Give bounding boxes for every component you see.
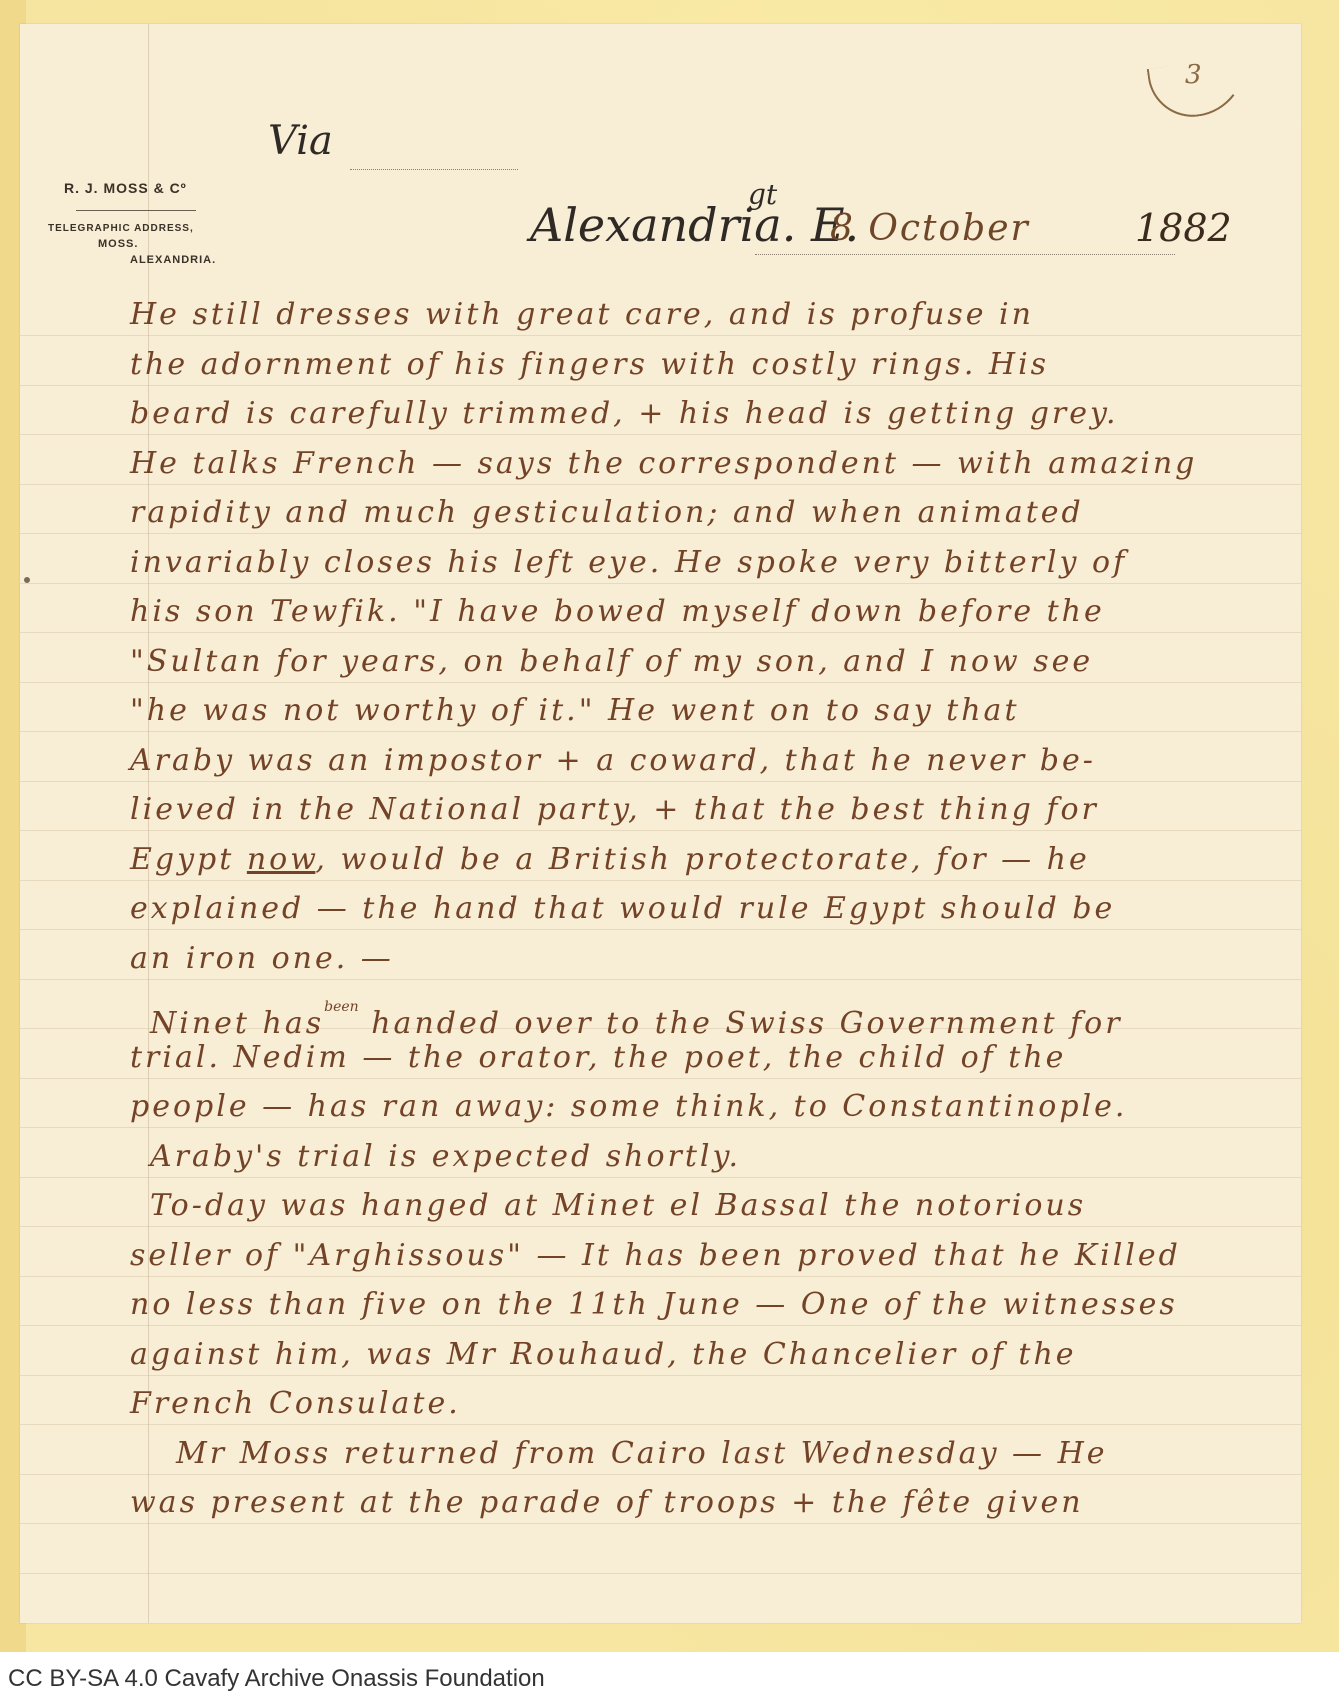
body-line: lieved in the National party, + that the…	[130, 785, 1270, 835]
body-line: French Consulate.	[130, 1379, 1270, 1429]
body-line: invariably closes his left eye. He spoke…	[130, 538, 1270, 588]
letterhead-company: R. J. MOSS & Cº	[64, 180, 278, 196]
body-line: Araby was an impostor + a coward, that h…	[130, 736, 1270, 786]
body-line: people — has ran away: some think, to Co…	[130, 1082, 1270, 1132]
body-line: beard is carefully trimmed, + his head i…	[130, 389, 1270, 439]
ink-spot	[24, 577, 30, 583]
page-number-value: 3	[1185, 60, 1202, 90]
body-line: "Sultan for years, on behalf of my son, …	[130, 637, 1270, 687]
ruled-line	[20, 1573, 1301, 1574]
letterhead-telegraphic-name: MOSS.	[98, 238, 278, 250]
letterhead-telegraphic-label: TELEGRAPHIC ADDRESS,	[48, 223, 278, 234]
body-line: his son Tewfik. "I have bowed myself dow…	[130, 587, 1270, 637]
via-dotted-line	[350, 169, 518, 170]
letterhead: R. J. MOSS & Cº TELEGRAPHIC ADDRESS, MOS…	[48, 180, 278, 266]
body-line-underlined: Egypt now, would be a British protectora…	[130, 835, 1270, 885]
body-line: Araby's trial is expected shortly.	[130, 1132, 1270, 1182]
page-number: 3	[1150, 62, 1250, 122]
letterhead-telegraphic-city: ALEXANDRIA.	[130, 254, 278, 266]
dateline-place: Alexandria. E.	[530, 198, 859, 252]
body-line-part: Egypt	[130, 842, 247, 877]
dateline-place-superscript: gt	[748, 178, 777, 211]
body-line: seller of "Arghissous" — It has been pro…	[130, 1231, 1270, 1281]
dateline-dotted-line	[755, 254, 1175, 255]
body-line-with-insertion: Ninet hasbeen handed over to the Swiss G…	[130, 983, 1270, 1033]
body-line: no less than five on the 11th June — One…	[130, 1280, 1270, 1330]
body-line: Mr Moss returned from Cairo last Wednesd…	[130, 1429, 1270, 1479]
letter-body: He still dresses with great care, and is…	[130, 290, 1270, 1528]
license-credit: CC BY-SA 4.0 Cavafy Archive Onassis Foun…	[8, 1665, 545, 1693]
body-line: against him, was Mr Rouhaud, the Chancel…	[130, 1330, 1270, 1380]
body-line: "he was not worthy of it." He went on to…	[130, 686, 1270, 736]
via-label: Via	[268, 118, 333, 164]
underlined-word: now	[247, 842, 316, 877]
body-line: To-day was hanged at Minet el Bassal the…	[130, 1181, 1270, 1231]
inserted-word: been	[324, 999, 359, 1015]
dateline: Alexandria. E. gt 8 October 1882	[520, 180, 1260, 270]
dateline-year: 1882	[1135, 206, 1232, 250]
body-line: He still dresses with great care, and is…	[130, 290, 1270, 340]
letterhead-divider	[76, 210, 196, 211]
body-line: the adornment of his fingers with costly…	[130, 340, 1270, 390]
body-line-part: , would be a British protectorate, for —…	[315, 842, 1089, 877]
body-line: rapidity and much gesticulation; and whe…	[130, 488, 1270, 538]
body-line: explained — the hand that would rule Egy…	[130, 884, 1270, 934]
body-line: was present at the parade of troops + th…	[130, 1478, 1270, 1528]
body-line: He talks French — says the correspondent…	[130, 439, 1270, 489]
dateline-date: 8 October	[830, 208, 1030, 249]
body-line: an iron one. —	[130, 934, 1270, 984]
